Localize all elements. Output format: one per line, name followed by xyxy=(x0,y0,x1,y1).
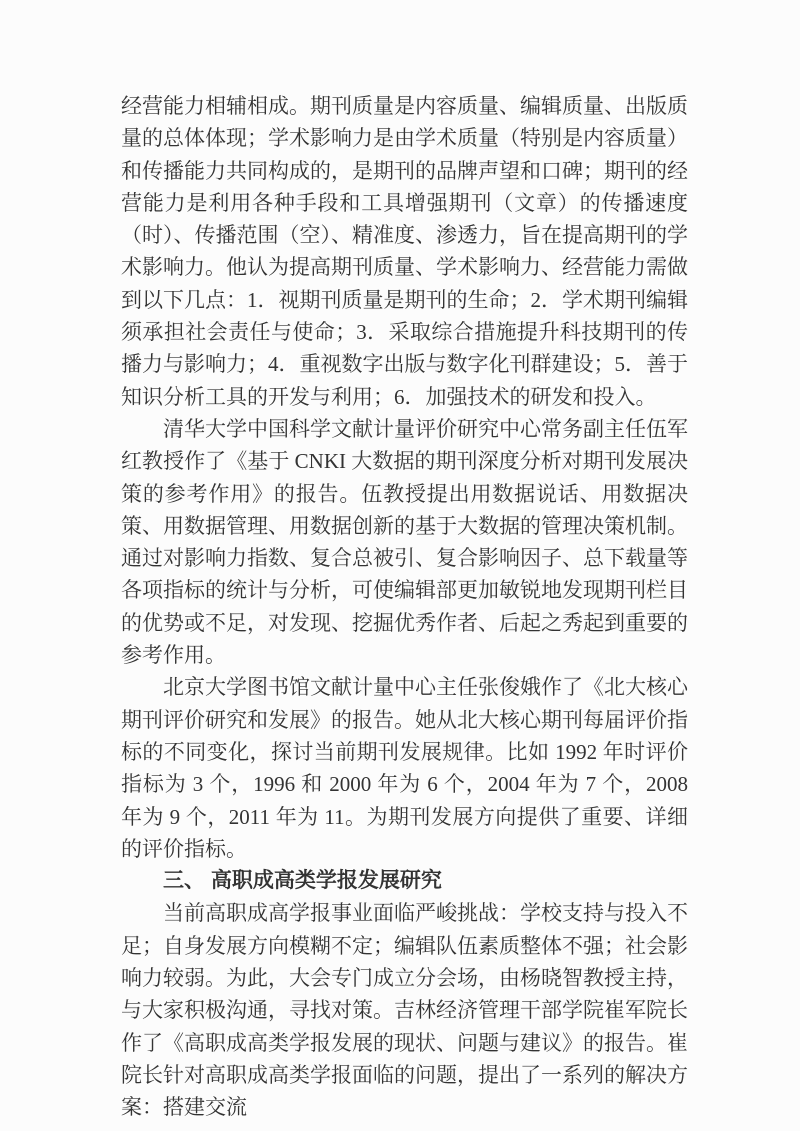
paragraph-peking-core-journal-report: 北京大学图书馆文献计量中心主任张俊娥作了《北大核心期刊评价研究和发展》的报告。她… xyxy=(121,671,688,865)
paragraph-vocational-journal-challenges: 当前高职成高学报事业面临严峻挑战：学校支持与投入不足；自身发展方向模糊不定；编辑… xyxy=(121,897,688,1123)
document-page: 经营能力相辅相成。期刊质量是内容质量、编辑质量、出版质量的总体体现；学术影响力是… xyxy=(0,0,800,1131)
section-heading-vocational-journal-development: 三、 高职成高类学报发展研究 xyxy=(121,865,688,897)
paragraph-tsinghua-cnki-report: 清华大学中国科学文献计量评价研究中心常务副主任伍军红教授作了《基于 CNKI 大… xyxy=(121,413,688,671)
page-text-content: 经营能力相辅相成。期刊质量是内容质量、编辑质量、出版质量的总体体现；学术影响力是… xyxy=(121,90,688,1124)
paragraph-journal-quality-continuation: 经营能力相辅相成。期刊质量是内容质量、编辑质量、出版质量的总体体现；学术影响力是… xyxy=(121,90,688,413)
